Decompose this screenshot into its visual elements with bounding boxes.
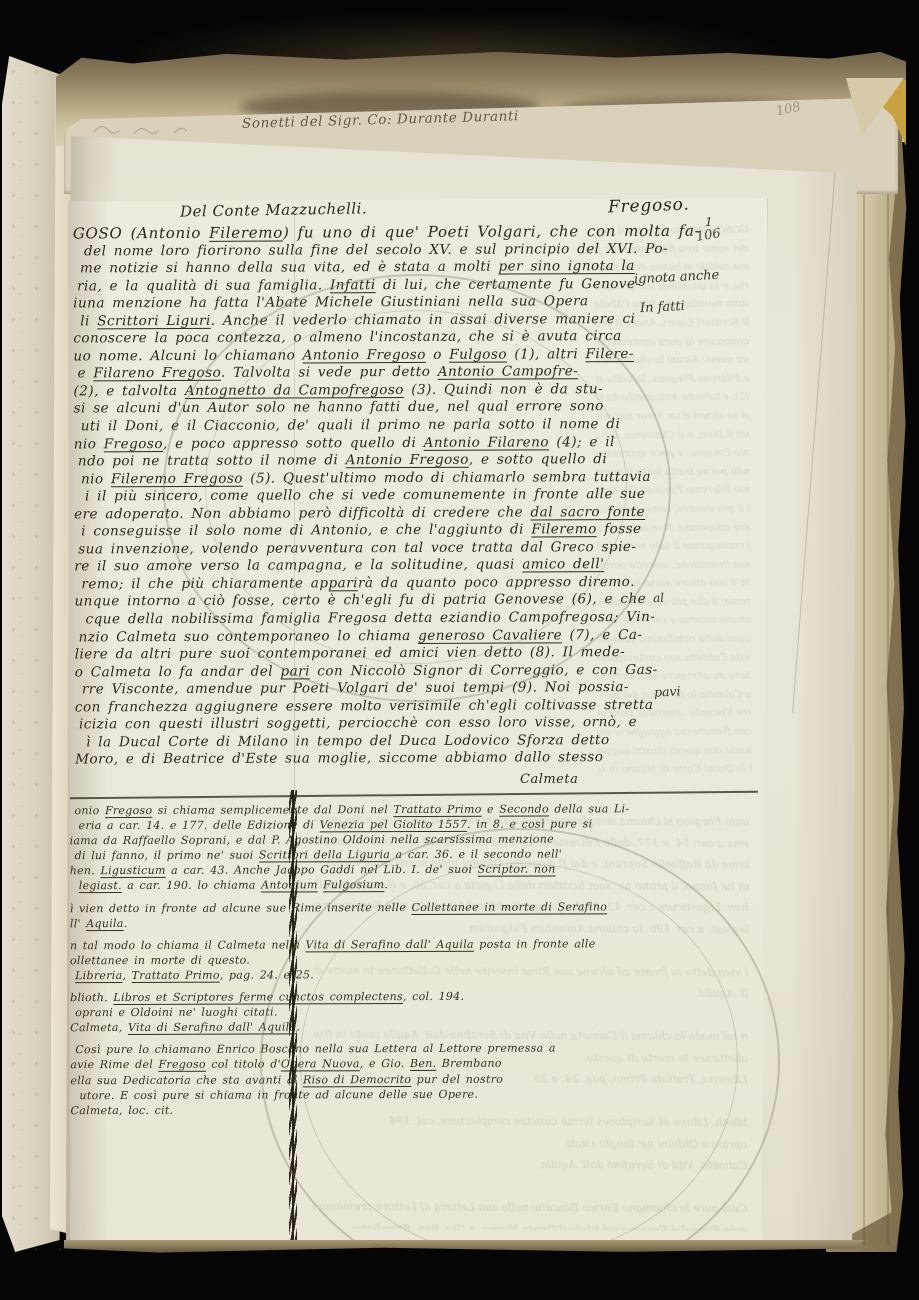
manuscript-line: Moro, e di Beatrice d'Este sua moglie, s…: [75, 749, 737, 769]
manuscript-line: nzio Calmeta suo contemporaneo lo chiama…: [79, 626, 737, 646]
manuscript-line: con franchezza aggiugnere essere molto v…: [75, 696, 737, 716]
margin-note: In fatti: [640, 299, 686, 316]
heading-author: Del Conte Mazzuchelli.: [180, 199, 367, 220]
manuscript-line: i conseguisse il solo nome di Antonio, e…: [81, 521, 736, 541]
margin-note: pavi: [654, 683, 681, 699]
catchword: Calmeta: [520, 772, 578, 787]
manuscript-scan: Sonetti del Sigr. Co: Durante Duranti 10…: [0, 0, 919, 1300]
bleedthrough-line: Così pure lo chiamano Enrico Boscano nel…: [313, 1196, 747, 1220]
page-bottom-edge: [64, 1240, 864, 1254]
manuscript-line: del nome loro fiorirono sulla fine del s…: [84, 240, 735, 260]
margin-note: al: [653, 591, 665, 606]
footnote-separator-rule: [70, 791, 758, 800]
faded-page-number: 108: [775, 100, 802, 120]
bleedthrough-line: Calmeta, Vita di Serafino dall' Aquila.: [313, 1153, 747, 1177]
bleedthrough-line: [313, 1174, 747, 1198]
footnote-line: Calmeta, loc. cit.: [70, 1100, 760, 1118]
manuscript-sheet: Del Conte Mazzuchelli. Fregoso. 1 106 GO…: [68, 198, 768, 1246]
bleedthrough-line: avie Rime del Fregoso col titolo d'Opera…: [313, 1217, 747, 1231]
footnotes-block: onio Fregoso si chiama semplicemente dal…: [69, 801, 760, 1118]
binding-stitch-thread: [289, 790, 297, 1244]
manuscript-body-text: GOSO (Antonio Fileremo) fu uno di que' P…: [73, 223, 737, 770]
sheet-crease: [294, 206, 295, 790]
margin-crease: [792, 155, 837, 713]
bleedthrough-line: oprani e Oldoini ne' luoghi citati.: [313, 1131, 747, 1155]
bleedthrough-line: Moro, e di Beatrice d'Este sua moglie, s…: [598, 779, 752, 782]
manuscript-line: o Calmeta lo fa andar del pari con Nicco…: [75, 661, 737, 681]
